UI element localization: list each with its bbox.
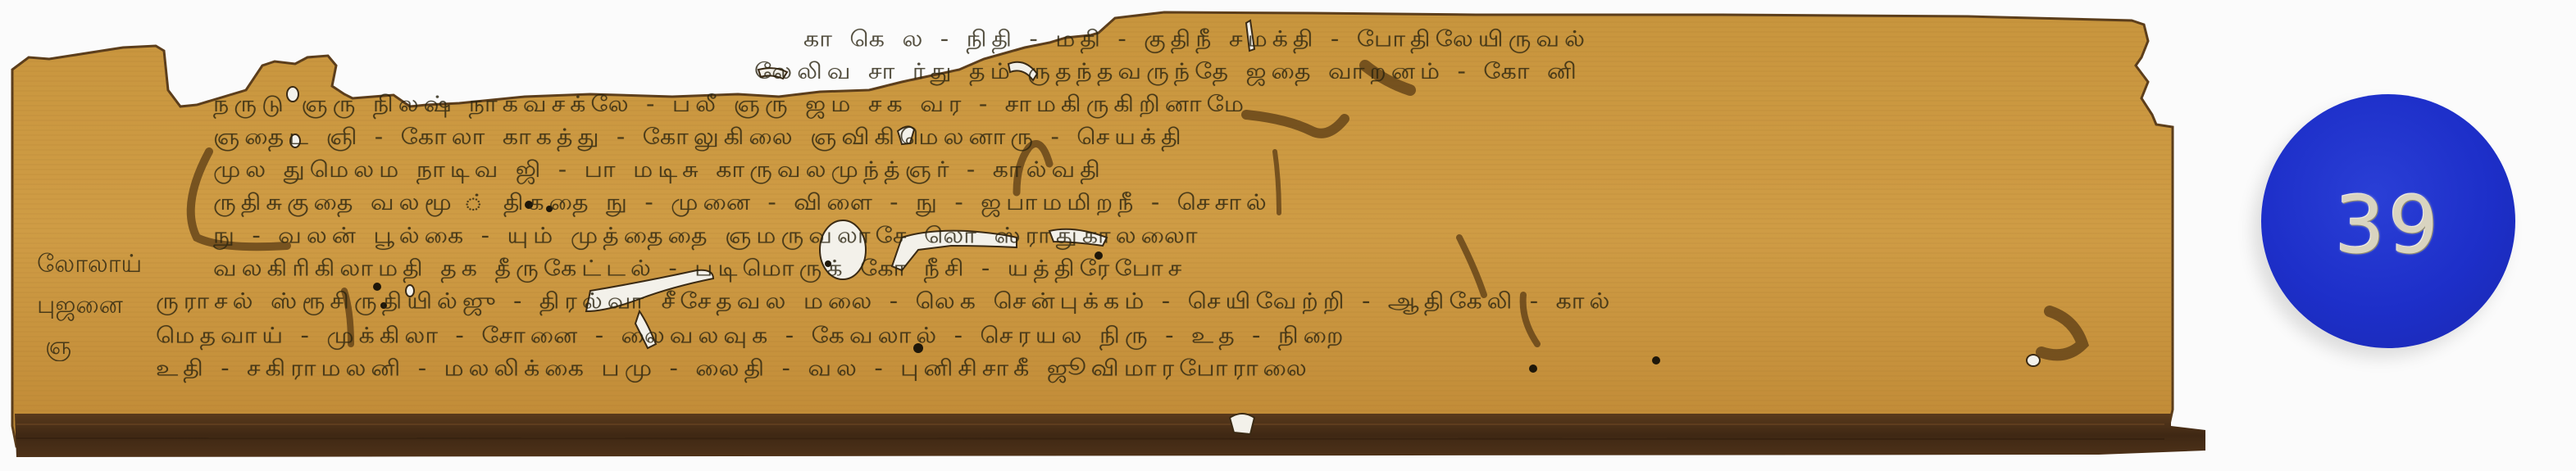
number-tag-disc: 39 (2261, 94, 2515, 348)
manuscript-photo: கா கெ ல - நிதி - மதி - குதிநீ சமக்தி - ப… (0, 0, 2576, 471)
leaf-bottom-edge (15, 414, 2205, 457)
palm-leaf (0, 0, 2230, 471)
tag-number: 39 (2335, 179, 2442, 271)
